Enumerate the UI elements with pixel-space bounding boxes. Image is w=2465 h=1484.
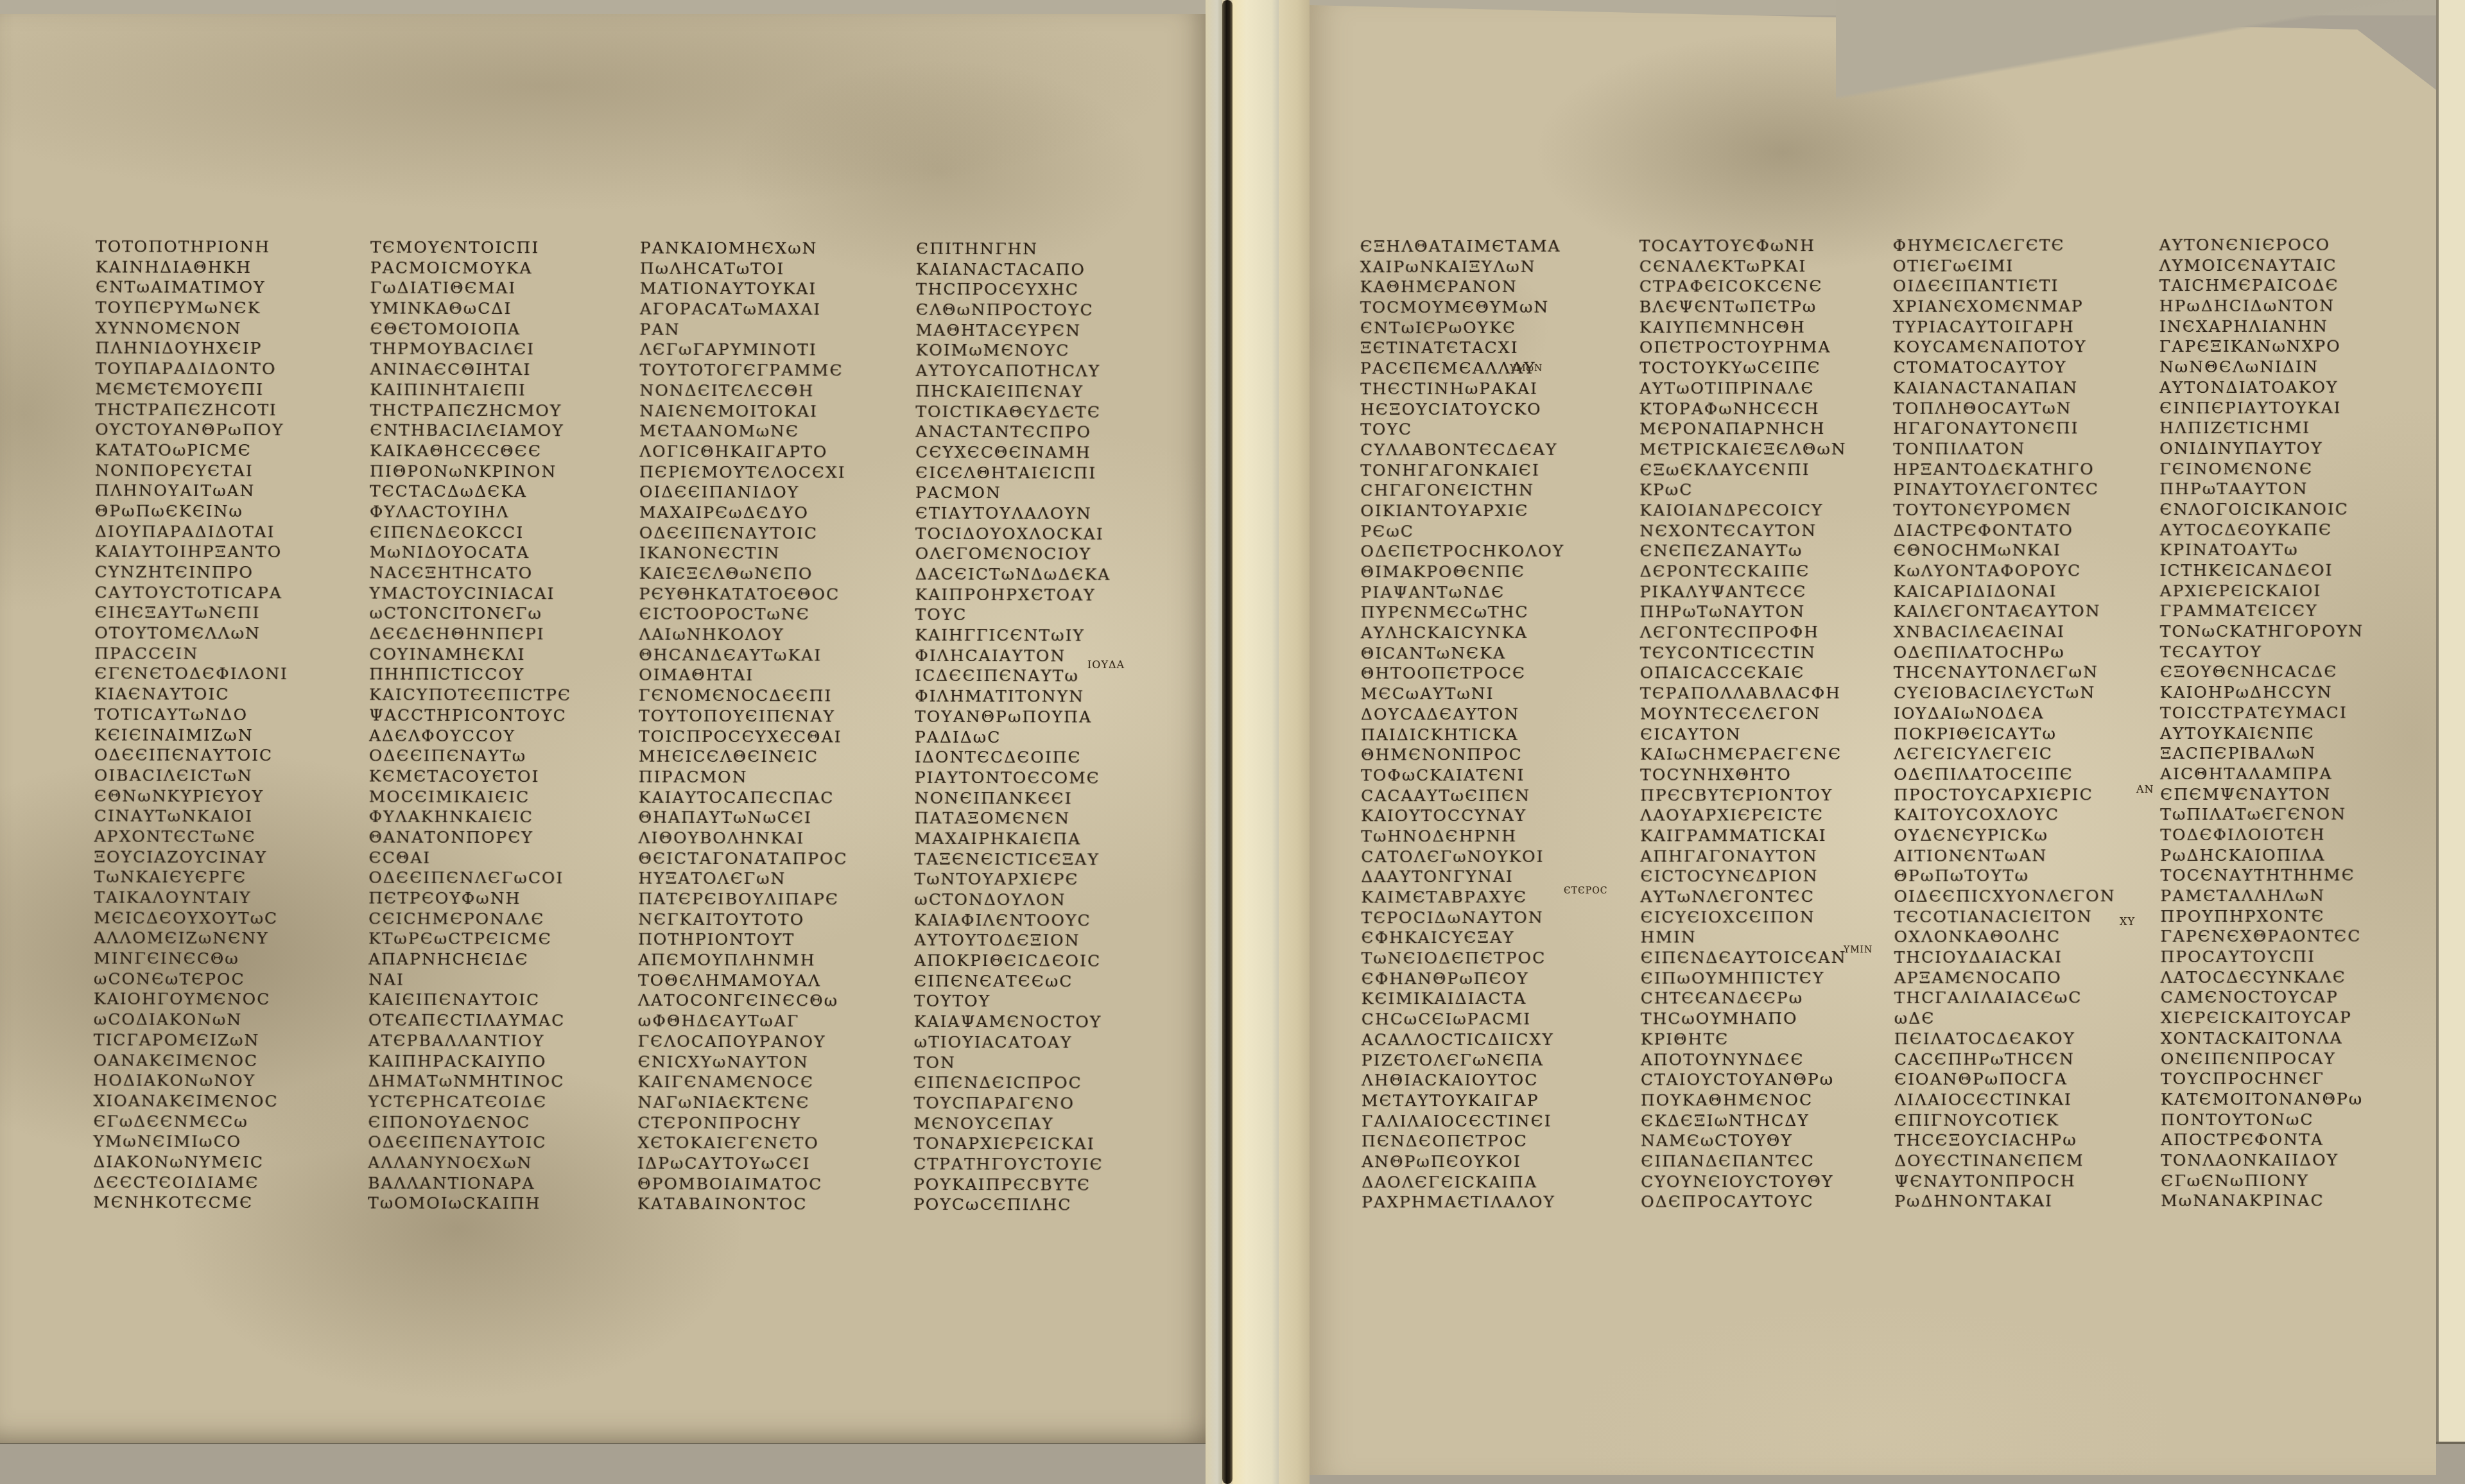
manuscript-line: ϹΑΤΟΛЄΓωΝΟΥΚΟΙ <box>1361 846 1582 867</box>
manuscript-line: ΠЄΤΡЄΟΥΦωΝΗ <box>368 888 590 910</box>
manuscript-line: ΟΔЄЄΙΠЄΝΑΥΤΟΙϹ <box>639 522 861 544</box>
manuscript-line: ΧΙЄΡЄΙϹΚΑΙΤΟΥϹΑΡ <box>2161 1008 2382 1028</box>
manuscript-line: ЄΓЄΝЄΤΟΔЄΦΙΛΟΝΙ <box>94 664 316 685</box>
manuscript-line: ЄΙΠЄΝЄΑΤЄЄωϹ <box>914 971 1136 992</box>
manuscript-line: ΜΙΝΓЄΙΝЄϹΘω <box>94 948 315 969</box>
manuscript-line: ΚΡΙΘΗΤЄ <box>1641 1029 1862 1049</box>
manuscript-line: ΓЄΝΟΜЄΝΟϹΔЄЄΠΙ <box>639 686 860 707</box>
manuscript-line: ΠΡΟϹΑΥΤΟΥϹΠΙ <box>2161 947 2382 967</box>
manuscript-line: ЄΘΝωΝΚΥΡΙЄΥΟΥ <box>94 786 316 807</box>
manuscript-line: ΡΙΑΥΤΟΝΤΟЄϹΟΜЄ <box>915 768 1136 789</box>
manuscript-line: ΚΑΙΛЄΓΟΝΤΑЄΑΥΤΟΝ <box>1894 601 2115 622</box>
manuscript-line: ΤΟΝωϹΚΑΤΗΓΟΡΟΥΝ <box>2160 621 2382 642</box>
text-column-left-3: ΡΑΝΚΑΙΟΜΗЄΧωΝΠωΛΗϹΑΤωΤΟΙΜΑΤΙΟΝΑΥΤΟΥΚΑΙΑΓ… <box>637 238 861 1215</box>
manuscript-line: ΜΑΤΙΟΝΑΥΤΟΥΚΑΙ <box>640 279 861 300</box>
manuscript-line: ΚΟΙΜωΜЄΝΟΥϹ <box>916 340 1137 361</box>
manuscript-line: ϹΑϹΑΑΥΤωЄΙΠЄΝ <box>1361 785 1582 806</box>
manuscript-line: ΚΑΙΑΝΑϹΤΑΝΑΠΑΝ <box>1893 377 2115 398</box>
manuscript-line: ΜЄΤΡΙϹΚΑΙЄΞЄΛΘωΝ <box>1639 439 1861 460</box>
manuscript-line: ΙΚΑΝΟΝЄϹΤΙΝ <box>639 543 861 564</box>
manuscript-line: ΤΗϹΤΡΑΠЄΖΗϹΜΟΥ <box>370 400 591 421</box>
manuscript-line: ΤΟΤΙϹΑΥΤωΝΔΟ <box>94 704 316 725</box>
manuscript-line: ΗΜΙΝ <box>1641 927 1862 947</box>
manuscript-line: ΑΥΤΟΥΤΟΔЄΞΙΟΝ <box>914 930 1136 951</box>
manuscript-line: ЄΝΤωΙЄΡωΟΥΚЄ <box>1360 317 1582 338</box>
manuscript-line: ΛΑΙωΝΗΚΟΛΟΥ <box>639 625 860 646</box>
manuscript-line: ΚΑΤΑΒΑΙΝΟΝΤΟϹ <box>637 1194 859 1215</box>
manuscript-line: ΜЄϹωΑΥΤωΝΙ <box>1361 684 1582 704</box>
manuscript-line: ΤΑΙϹΗΜЄΡΑΙϹΟΔЄ <box>2159 275 2381 296</box>
manuscript-line: ΡΑΧΡΗΜΑЄΤΙΛΑΛΟΥ <box>1362 1192 1583 1212</box>
manuscript-line: ΤΟΤΟΠΟΤΗΡΙΟΝΗ <box>96 236 317 257</box>
manuscript-line: ωΤΙΟΥΙΑϹΑΤΟΑΥ <box>914 1032 1136 1053</box>
manuscript-line: ΠΟΥΚΑΘΗΜЄΝΟϹ <box>1641 1090 1862 1110</box>
left-page-fore-edge <box>1206 0 1222 1484</box>
manuscript-line: ΘΙϹΑΝΤωΝЄΚΑ <box>1361 643 1582 663</box>
manuscript-line: ΑΥΤωΟΤΙΠΡΙΝΑΛЄ <box>1639 378 1861 399</box>
manuscript-line: ϹЄΝΑΛЄΚΤωΡΚΑΙ <box>1639 256 1861 277</box>
manuscript-line: ΛЄΓЄΙϹΥΛЄΓЄΙϹ <box>1894 743 2115 764</box>
manuscript-line: ΤωΝΚΑΙЄΥЄΡΓЄ <box>94 867 315 888</box>
manuscript-line: ΡЄωϹ <box>1360 521 1582 541</box>
manuscript-line: ЄΠЄΜΨЄΝΑΥΤΟΝ <box>2160 784 2382 804</box>
manuscript-line: ΛΥΜΟΙϹЄΝΑΥΤΑΙϹ <box>2159 255 2381 275</box>
right-page-fore-edge <box>1279 0 1310 1484</box>
manuscript-line: ΔЄЄΔЄΗΘΗΝΠЄΡΙ <box>369 624 591 645</box>
manuscript-line: ЄΞΗΛΘΑΤΑΙΜЄΤΑΜΑ <box>1360 236 1582 257</box>
manuscript-line: ΧΡΙΑΝЄΧΟΜЄΝΜΑΡ <box>1893 296 2115 316</box>
manuscript-line: ϹΥΟΥΝЄΙΟΥϹΤΟΥΘΥ <box>1641 1171 1862 1192</box>
manuscript-line: ΛΟΓΙϹΘΗΚΑΙΓΑΡΤΟ <box>639 441 861 462</box>
manuscript-line: ЄΙϹΤΟΟΡΟϹΤωΝЄ <box>639 604 860 625</box>
manuscript-line: ΑΝΘΡωΠЄΟΥΚΟΙ <box>1362 1152 1583 1172</box>
manuscript-line: ΤΟΥΤΟΠΟΥЄΙΠЄΝΑΥ <box>639 705 860 727</box>
marginal-gloss: ΙΟΥΔΑ <box>1087 659 1125 671</box>
manuscript-line: ΟΤΟΥΤΟΜЄΛΛωΝ <box>94 623 316 644</box>
manuscript-line: ΛЄΓωΓΑΡΥΜΙΝΟΤΙ <box>640 340 861 361</box>
manuscript-line: ΚΑΙΤΟΥϹΟΧΛΟΥϹ <box>1894 805 2115 825</box>
manuscript-line: ϹΗΓΑΓΟΝЄΙϹΤΗΝ <box>1360 480 1582 501</box>
manuscript-line: ΟΔЄЄΙΠЄΝΑΥΤΟΙϹ <box>94 745 316 766</box>
manuscript-line: ΤΟΥϹ <box>1360 419 1582 440</box>
manuscript-line: ΚΑΤЄΜΟΙΤΟΝΑΝΘΡω <box>2161 1089 2382 1109</box>
manuscript-line: ϹΤΡΑΤΗΓΟΥϹΤΟΥΙЄ <box>913 1154 1135 1175</box>
manuscript-line: ΤΟΔЄΦΙΛΟΙΟΤЄΗ <box>2160 824 2382 845</box>
manuscript-line: ΓЄΛΟϹΑΠΟΥΡΑΝΟΥ <box>638 1031 860 1052</box>
manuscript-line: ΚЄΙΜΙΚΑΙΔΙΑϹΤΑ <box>1362 988 1583 1009</box>
manuscript-line: ΔΙΑΚΟΝωΝΥΜЄΙϹ <box>93 1152 315 1173</box>
manuscript-line: ΟΝЄΙΠЄΝΠΡΟϹΑΥ <box>2161 1048 2382 1069</box>
manuscript-line: ΑΡΧΟΝΤЄϹΤωΝЄ <box>94 826 316 847</box>
manuscript-line: ΤωΠΙΛΑΤωЄΓЄΝΟΝ <box>2160 804 2382 825</box>
manuscript-line: ΟΑΝΑΚЄΙΜЄΝΟϹ <box>94 1050 315 1071</box>
manuscript-line: ΠΟΤΗΡΙΟΝΤΟΥΤ <box>638 929 860 951</box>
manuscript-line: ΚЄΜЄΤΑϹΟΥЄΤΟΙ <box>369 766 591 787</box>
manuscript-line: ΤΗϹωΟΥΜΗΑΠΟ <box>1641 1008 1862 1029</box>
manuscript-line: ЄΚΔЄΞΙωΝΤΗϹΔΥ <box>1641 1110 1862 1131</box>
manuscript-line: ΚΑΙΠΡΟΗΡΧЄΤΟΑΥ <box>915 584 1137 605</box>
manuscript-line: ΟΤΙЄΓωЄΙΜΙ <box>1893 255 2115 276</box>
manuscript-line: ΓЄΙΝΟΜЄΝΟΝЄ <box>2159 458 2381 479</box>
manuscript-line: ωΦΘΗΔЄΑΥΤωΑΓ <box>638 1011 860 1032</box>
marginal-gloss: ЄΤЄΡΟϹ <box>1564 886 1607 896</box>
manuscript-line: ΓωΔΙΑΤΙΘЄΜΑΙ <box>370 278 592 299</box>
manuscript-line: ЄΓωΔЄЄΝΜЄϹω <box>93 1111 315 1132</box>
backdrop-top-wedge <box>1836 0 2465 109</box>
manuscript-line: ΟΔЄЄΙΠЄΝΑΥΤΟΙϹ <box>368 1132 589 1153</box>
manuscript-line: ΚΑΙЄΙΠЄΝΑΥΤΟΙϹ <box>368 990 590 1011</box>
manuscript-line: ΤЄϹΤΑϹΔωΔЄΚΑ <box>370 481 591 503</box>
manuscript-line: ΜΗЄΙϹЄΛΘЄΙΝЄΙϹ <box>639 746 860 768</box>
manuscript-line: ΚΑΙΗΓΓΙϹЄΝΤωΙΥ <box>915 625 1136 646</box>
marginal-gloss: ΧΥ <box>2120 915 2135 927</box>
manuscript-line: ΡΑΜЄΤΑΛΛΗΛωΝ <box>2160 886 2382 906</box>
manuscript-line: ΒΑΛΛΑΝΤΙΟΝΑΡΑ <box>368 1173 589 1194</box>
manuscript-line: ΑΙΤΙΟΝЄΝΤωΑΝ <box>1894 845 2115 866</box>
manuscript-line: ЄΙΠЄΝΔЄΙϹΠΡΟϹ <box>914 1073 1136 1094</box>
manuscript-line: ΡΑϹЄΠЄΜЄΑΛΛΑΥ <box>1360 358 1582 379</box>
manuscript-line: ΟΧΛΟΝΚΑΘΟΛΗϹ <box>1894 927 2116 947</box>
manuscript-line: ΝΑΜЄωϹΤΟΥΘΥ <box>1641 1130 1862 1151</box>
manuscript-line: ΙΟΥΔΑΙωΝΟΔЄΑ <box>1894 703 2115 723</box>
manuscript-line: ΤωΗΝΟΔЄΗΡΝΗ <box>1361 826 1582 847</box>
manuscript-line: ΜЄΡΟΝΑΠΑΡΝΗϹΗ <box>1639 418 1861 439</box>
manuscript-line: ΞΟΥϹΙΑΖΟΥϹΙΝΑΥ <box>94 847 315 868</box>
manuscript-line: ΠΙΡΑϹΜΟΝ <box>639 766 860 788</box>
manuscript-line: ΛΑΟΥΑΡΧΙЄΡЄΙϹΤЄ <box>1640 805 1862 825</box>
manuscript-line: ΤΥΡΙΑϹΑΥΤΟΙΓΑΡΗ <box>1893 316 2115 337</box>
manuscript-line: ЄΙΠωΟΥΜΗΠΙϹΤЄΥ <box>1641 968 1862 988</box>
manuscript-line: ЄΙΝΠЄΡΙΑΥΤΟΥΚΑΙ <box>2159 397 2381 418</box>
manuscript-line: ΤΗϹΠΡΟϹЄΥΧΗϹ <box>916 279 1137 300</box>
manuscript-line: ϹΥЄΙΟΒΑϹΙΛЄΥϹΤωΝ <box>1894 682 2115 703</box>
manuscript-line: ϹΤЄΡΟΝΠΡΟϹΗΥ <box>637 1112 859 1134</box>
manuscript-line: ΚΑΙΜЄΤΑΒΡΑΧΥЄ <box>1361 887 1582 908</box>
manuscript-line: ЄΙΠЄΝΔЄΟΚϹϹΙ <box>370 522 591 543</box>
manuscript-line: ΚΑΤΑΤΟωΡΙϹΜЄ <box>95 440 316 461</box>
manuscript-line: ΡΟΥΚΑΙΠΡЄϹΒΥΤЄ <box>913 1174 1135 1195</box>
manuscript-line: ΔΙΑϹΤΡЄΦΟΝΤΑΤΟ <box>1893 520 2115 540</box>
manuscript-line: ΑΔЄΛΦΟΥϹϹΟΥ <box>369 725 591 746</box>
manuscript-line: ΤΟΘЄΛΗΜΑΜΟΥΑΛ <box>638 970 860 991</box>
manuscript-line: ΡΙΚΑΛΥΨΑΝΤЄϹЄ <box>1640 582 1862 602</box>
manuscript-line: ΘΡωΠωЄΚЄΙΝω <box>95 501 316 522</box>
manuscript-line: ΠЄΡΙЄΜΟΥΤЄΛΟϹЄΧΙ <box>639 462 861 483</box>
manuscript-line: ωϹΟΔΙΑΚΟΝωΝ <box>94 1010 315 1031</box>
manuscript-line: ΤΑΞЄΝЄΙϹΤΙϹЄΞΑΥ <box>914 849 1136 870</box>
manuscript-line: ΗΟΔΙΑΚΟΝωΝΟΥ <box>94 1071 315 1092</box>
manuscript-line: ΟΙΔЄЄΠΙϹΧΥΟΝΛЄΓΟΝ <box>1894 886 2115 906</box>
manuscript-line: ЄΛΘωΝΠΡΟϹΤΟΥϹ <box>916 300 1137 321</box>
manuscript-line: ΑΠЄΜΟΥΠΛΗΝΜΗ <box>638 950 860 971</box>
manuscript-line: ΤΟΝΗΓΑΓΟΝΚΑΙЄΙ <box>1360 460 1582 480</box>
manuscript-line: ΡΑϹΜΟΝ <box>915 483 1137 504</box>
book-gutter <box>1206 0 1310 1484</box>
text-column-right-3: ΦΗΥΜЄΙϹΛЄΓЄΤЄΟΤΙЄΓωЄΙΜΙΟΙΔЄЄΙΠΑΝΤΙЄΤΙΧΡΙ… <box>1893 235 2116 1212</box>
manuscript-line: ΚΑΙΓЄΝΑΜЄΝΟϹЄ <box>638 1072 860 1093</box>
manuscript-line: ΟΔЄΠΙΛΑΤΟϹЄΙΠЄ <box>1894 764 2115 784</box>
manuscript-line: ΛΙΛΑΙΟϹЄϹΤΙΝΚΑΙ <box>1894 1089 2116 1110</box>
marginal-gloss: ΥΜΙΝ <box>1844 945 1873 955</box>
manuscript-line: ΜЄΝΟΥϹЄΠΑΥ <box>913 1113 1135 1134</box>
manuscript-line: ϹΙΝΑΥΤωΝΚΑΙΟΙ <box>94 806 316 827</box>
manuscript-line: ΠΟΝΤΟΥΤΟΝωϹ <box>2161 1109 2382 1130</box>
manuscript-line: ΤΟΝ <box>914 1052 1136 1073</box>
manuscript-line: ΤЄΡΟϹΙΔωΝΑΥΤΟΝ <box>1361 907 1582 927</box>
manuscript-line: ΚΑΙΑΦΙΛЄΝΤΟΟΥϹ <box>914 910 1136 931</box>
manuscript-line: ΥΜΙΝΚΑΘωϹΔΙ <box>370 298 592 320</box>
manuscript-line: ΓΡΑΜΜΑΤЄΙϹЄΥ <box>2160 601 2382 621</box>
manuscript-line: ΤΟϹΑΥΤΟΥЄΦωΝΗ <box>1639 236 1861 256</box>
manuscript-line: ωΔЄ <box>1894 1008 2116 1028</box>
manuscript-line: ΤΟΝΛΑΟΝΚΑΙΙΔΟΥ <box>2161 1150 2382 1170</box>
manuscript-line: ЄΙΠЄΝΔЄΑΥΤΟΙϹЄΑΝ <box>1641 947 1862 968</box>
manuscript-line: ΡΑΝΚΑΙΟΜΗЄΧωΝ <box>640 238 861 259</box>
manuscript-line: ΜЄΝΗΚΟΤЄϹΜЄ <box>93 1193 315 1214</box>
manuscript-line: ЄΙΠΟΝΟΥΔЄΝΟϹ <box>368 1112 589 1133</box>
manuscript-line: ΧЄΤΟΚΑΙЄΓЄΝЄΤΟ <box>637 1133 859 1154</box>
manuscript-line: ΟΝΙΔΙΝΥΠΑΥΤΟΥ <box>2159 438 2381 458</box>
manuscript-line: ΠΡΑϹϹЄΙΝ <box>94 643 316 664</box>
manuscript-line: ϹΗΤЄЄΑΝΔЄЄΡω <box>1641 988 1862 1008</box>
manuscript-line: ΜωΝΙΔΟΥΟϹΑΤΑ <box>370 542 591 564</box>
manuscript-line: ΑΙϹΘΗΤΑΛΑΜΠΡΑ <box>2160 763 2382 784</box>
manuscript-line: ΜωΝΑΝΑΚΡΙΝΑϹ <box>2161 1191 2382 1211</box>
manuscript-line: ΡΙΑΨΑΝΤωΝΔЄ <box>1361 582 1582 602</box>
manuscript-line: ΑΥΛΗϹΚΑΙϹΥΝΚΑ <box>1361 623 1582 643</box>
manuscript-line: ΚΑΙΟΗΡωΔΗϹϹΥΝ <box>2160 682 2382 703</box>
manuscript-line: ΦΥΛΑϹΤΟΥΙΗΛ <box>370 501 591 522</box>
manuscript-line: ΠΛΗΝΙΔΟΥΗΧЄΙΡ <box>96 338 317 359</box>
manuscript-line: ΤωΟΜΟΙωϹΚΑΙΠΗ <box>368 1193 589 1214</box>
manuscript-line: ΦΙΛΗΜΑΤΙΤΟΝΥΝ <box>915 686 1136 707</box>
manuscript-line: ΚΤΟΡΑΦωΝΗϹЄϹΗ <box>1639 398 1861 418</box>
manuscript-line: ЄΝΤΗΒΑϹΙΛЄΙΑΜΟΥ <box>370 420 591 442</box>
manuscript-line: ϹЄΥΧЄϹΘЄΙΝΑΜΗ <box>915 442 1137 463</box>
manuscript-line: ΗΛΠΙΖЄΤΙϹΗΜΙ <box>2159 418 2381 438</box>
manuscript-line: ϹЄΙϹΗΜЄΡΟΝΑΛЄ <box>368 908 590 929</box>
manuscript-line: ΚΟΥϹΑΜЄΝΑΠΟΤΟΥ <box>1893 337 2115 358</box>
manuscript-line: ΘЄΙϹΤΑΓΟΝΑΤΑΠΡΟϹ <box>638 848 860 869</box>
manuscript-line: ΚΑΙΑΨΑΜЄΝΟϹΤΟΥ <box>914 1012 1136 1033</box>
manuscript-line: ЄΙϹΥЄΙΟΧϹЄΙΠΟΝ <box>1640 907 1862 927</box>
manuscript-line: ΛΗΘΙΑϹΚΑΙΟΥΤΟϹ <box>1362 1070 1583 1091</box>
manuscript-line: ΟΠЄΤΡΟϹΤΟΥΡΗΜΑ <box>1639 337 1861 358</box>
manuscript-line: ΟΙΔЄЄΙΠΑΝΤΙЄΤΙ <box>1893 276 2115 297</box>
gutter-shadow <box>1222 0 1232 1484</box>
manuscript-line: ϹΥΛΛΑΒΟΝΤЄϹΔЄΑΥ <box>1360 440 1582 460</box>
manuscript-line: ΤωΝΤΟΥΑΡΧΙЄΡЄ <box>914 869 1136 890</box>
gutter-highlight <box>1232 0 1279 1484</box>
manuscript-line: ΗΡωΔΗϹΙΔωΝΤΟΝ <box>2159 296 2381 316</box>
manuscript-line: ΧΙΟΑΝΑΚЄΙΜЄΝΟϹ <box>93 1091 315 1112</box>
manuscript-line: ΜЄΤΑΥΤΟΥΚΑΙΓΑΡ <box>1362 1091 1583 1111</box>
manuscript-line: ΔЄΡΟΝΤЄϹΚΑΙΠЄ <box>1640 561 1862 582</box>
manuscript-line: ΝЄΧΟΝΤЄϹΑΥΤΟΝ <box>1639 521 1861 541</box>
manuscript-line: ΛΑΤΟϹΔЄϹΥΝΚΑΛЄ <box>2161 967 2382 987</box>
manuscript-line: ΝΑΙ <box>368 969 590 990</box>
manuscript-line: ΑΥΤΟΥϹΑΠΟΤΗϹΛΥ <box>915 361 1137 382</box>
manuscript-line: ΟΥϹΤΟΥΑΝΘΡωΠΟΥ <box>95 420 316 441</box>
manuscript-line: ΔΙΟΥΠΑΡΑΔΙΔΟΤΑΙ <box>95 521 316 542</box>
manuscript-line: ΘΗϹΑΝΔЄΑΥΤωΚΑΙ <box>639 644 860 666</box>
manuscript-line: ϹΟΥΙΝΑΜΗЄΚΛΙ <box>369 644 591 665</box>
manuscript-line: ΗΡΞΑΝΤΟΔЄΚΑΤΗΓΟ <box>1893 459 2115 479</box>
text-column-left-1: ΤΟΤΟΠΟΤΗΡΙΟΝΗΚΑΙΝΗΔΙΑΘΗΚΗЄΝΤωΑΙΜΑΤΙΜΟΥΤΟ… <box>93 236 317 1213</box>
manuscript-line: ϹΑϹЄΠΗΡωΤΗϹЄΝ <box>1894 1049 2116 1069</box>
text-column-right-2: ΤΟϹΑΥΤΟΥЄΦωΝΗϹЄΝΑΛЄΚΤωΡΚΑΙϹΤΡΑΦЄΙϹΟΚϹЄΝЄ… <box>1639 236 1863 1212</box>
manuscript-line: ΤΗϹЄΝΑΥΤΟΝΛЄΓωΝ <box>1894 662 2115 683</box>
manuscript-line: ΜΟϹЄΙΜΙΚΑΙЄΙϹ <box>369 786 591 807</box>
manuscript-line: ΑΤЄΡΒΑΛΛΑΝΤΙΟΥ <box>368 1030 590 1051</box>
manuscript-line: ΠΑΙΔΙϹΚΗΤΙϹΚΑ <box>1361 724 1582 745</box>
manuscript-line: ΤΗϹΓΑΛΙΛΑΙΑϹЄωϹ <box>1894 988 2116 1008</box>
manuscript-line: ΚΑΘΗΜЄΡΑΝΟΝ <box>1360 277 1582 297</box>
manuscript-line: ЄΙΗЄΞΑΥΤωΝЄΠΙ <box>94 603 316 624</box>
manuscript-line: ΑΛΛΑΝΥΝΟЄΧωΝ <box>368 1152 589 1173</box>
manuscript-line: ΟΛЄΓΟΜЄΝΟϹΙΟΥ <box>915 544 1137 565</box>
manuscript-line: ΤΟΙϹϹΤΡΑΤЄΥΜΑϹΙ <box>2160 702 2382 723</box>
manuscript-line: ΚΑΙΟΗΓΟΥΜЄΝΟϹ <box>94 989 315 1010</box>
manuscript-line: ΤΟΥϹΠΡΟϹΗΝЄΓ <box>2161 1069 2382 1089</box>
text-column-right-1: ЄΞΗΛΘΑΤΑΙΜЄΤΑΜΑΧΑΙΡωΝΚΑΙΞΥΛωΝΚΑΘΗΜЄΡΑΝΟΝ… <box>1360 236 1584 1213</box>
manuscript-line: ΛЄΓΟΝΤЄϹΠΡΟΦΗ <box>1640 622 1862 643</box>
manuscript-line: ΛΑΤΟϹΟΝΓЄΙΝЄϹΘω <box>638 990 860 1012</box>
manuscript-line: ΠΗΡωΤΑΑΥΤΟΝ <box>2159 479 2381 499</box>
manuscript-line: ЄΙϹΑΥΤΟΝ <box>1640 723 1862 744</box>
manuscript-line: ΝΑΓωΝΙΑЄΚΤЄΝЄ <box>637 1092 859 1113</box>
manuscript-line: ΨΑϹϹΤΗΡΙϹΟΝΤΟΥϹ <box>369 705 591 726</box>
manuscript-line: ΠΥΡЄΝΜЄϹωΤΗϹ <box>1361 602 1582 623</box>
manuscript-line: ЄΝЄΠЄΖΑΝΑΥΤω <box>1639 540 1861 561</box>
manuscript-line: ΑΝΙΝΑЄϹΘΙΗΤΑΙ <box>370 359 591 381</box>
manuscript-line: ΑΡΧΙЄΡЄΙϹΚΑΙΟΙ <box>2160 580 2382 601</box>
manuscript-line: ΑΥΤωΝΛЄΓΟΝΤЄϹ <box>1640 886 1862 907</box>
manuscript-line: ΠΟΚΡΙΘЄΙϹΑΥΤω <box>1894 723 2115 744</box>
manuscript-line: ΑΠΟΤΟΥΝΥΝΔЄЄ <box>1641 1049 1862 1069</box>
text-column-left-4: ЄΠΙΤΗΝΓΗΝΚΑΙΑΝΑϹΤΑϹΑΠΟΤΗϹΠΡΟϹЄΥΧΗϹЄΛΘωΝΠ… <box>913 239 1137 1216</box>
manuscript-line: ΑΠΟΚΡΙΘЄΙϹΔЄΟΙϹ <box>914 951 1136 972</box>
manuscript-line: ΑΛΛΟΜЄΙΖωΝЄΝΥ <box>94 928 315 949</box>
manuscript-line: ΡΑϹΜΟΙϹΜΟΥΚΑ <box>370 257 592 279</box>
manuscript-line: ЄΘЄΤΟΜΟΙΟΠΑ <box>370 318 592 340</box>
marginal-gloss: ΑΝ <box>2136 783 2154 795</box>
manuscript-line: ΚΑΙΥΠЄΜΝΗϹΘΗ <box>1639 317 1861 338</box>
manuscript-line: ΟΥΔЄΝЄΥΡΙϹΚω <box>1894 825 2115 845</box>
text-column-left-2: ΤЄΜΟΥЄΝΤΟΙϹΠΙΡΑϹΜΟΙϹΜΟΥΚΑΓωΔΙΑΤΙΘЄΜΑΙΥΜΙ… <box>368 237 592 1214</box>
manuscript-line: ΚΑΙϹΥΠΟΤЄЄΠΙϹΤΡЄ <box>369 685 591 706</box>
manuscript-line: ΚΑΙΚΑΘΗϹЄϹΘЄЄ <box>370 440 591 462</box>
manuscript-line: ΑΝΑϹΤΑΝΤЄϹΠΡΟ <box>915 422 1137 443</box>
manuscript-line: ΗΥΞΑΤΟΛЄΓωΝ <box>638 868 860 890</box>
manuscript-line: ΤΟΝΠΙΛΑΤΟΝ <box>1893 438 2115 459</box>
manuscript-line: ЄΠΙΓΝΟΥϹΟΤΙЄΚ <box>1894 1110 2116 1130</box>
manuscript-line: ΚΤωΡЄωϹΤΡЄΙϹΜЄ <box>368 929 590 950</box>
manuscript-line: ΚΑΙωϹΗΜЄΡΑЄΓЄΝЄ <box>1640 744 1862 764</box>
manuscript-line: ΑΥΤΟΝΔΙΑΤΟΑΚΟΥ <box>2159 377 2381 397</box>
manuscript-line: ΙΝЄΧΑΡΗΛΙΑΝΗΝ <box>2159 316 2381 336</box>
manuscript-line: ΝΟΝЄΙΠΑΝΚЄЄΙ <box>915 788 1136 809</box>
manuscript-line: ΥΜωΝЄΙΜΙωϹΟ <box>93 1132 315 1153</box>
manuscript-line: ΝЄΓΚΑΙΤΟΥΤΟΤΟ <box>638 909 860 930</box>
manuscript-line: ΤΟϹЄΝΑΥΤΗΤΗΗΜЄ <box>2160 865 2382 886</box>
manuscript-line: ΟΔЄΠΡΟϹΑΥΤΟΥϹ <box>1641 1191 1862 1212</box>
manuscript-line: ΚΑΙΟΙΑΝΔΡЄϹΟΙϹΥ <box>1639 500 1861 521</box>
manuscript-line: ΥϹΤЄΡΗϹΑΤЄΟΙΔЄ <box>368 1091 589 1112</box>
manuscript-line: ΘΗΑΠΑΥΤωΝωϹЄΙ <box>639 807 860 829</box>
manuscript-line: ΘΗΤΟΟΠЄΤΡΟϹЄ <box>1361 663 1582 684</box>
manuscript-line: ΠΡΟϹΤΟΥϹΑΡΧΙЄΡΙϹ <box>1894 784 2115 805</box>
manuscript-line: ΜΑΧΑΙΡΗΚΑΙЄΠΑ <box>915 829 1136 850</box>
manuscript-line: ΥΜΑϹΤΟΥϹΙΝΙΑϹΑΙ <box>370 583 591 604</box>
manuscript-line: ΜЄΙϹΔЄΟΥΧΟΥΤωϹ <box>94 908 315 929</box>
manuscript-line: ΙΔΟΝΤЄϹΔЄΟΙΠЄ <box>915 747 1136 768</box>
manuscript-line: ΝωΝΘЄΛωΝΙΔΙΝ <box>2159 357 2381 377</box>
manuscript-line: ΠΗΗΠΙϹΤΙϹϹΟΥ <box>369 664 591 686</box>
manuscript-line: ϹΥΝΖΗΤЄΙΝΠΡΟ <box>95 562 316 583</box>
manuscript-line: ΘΡΟΜΒΟΙΑΙΜΑΤΟϹ <box>637 1173 859 1195</box>
manuscript-line: ΤΟΥΤΟΥ <box>914 991 1136 1012</box>
manuscript-line: ΧΥΝΝΟΜЄΝΟΝ <box>96 318 317 339</box>
manuscript-line: ωϹΤΟΝΔΟΥΛΟΝ <box>914 890 1136 911</box>
manuscript-line: ϹΤΟΜΑΤΟϹΑΥΤΟΥ <box>1893 357 2115 377</box>
manuscript-line: ΔΑϹЄΙϹΤωΝΔωΔЄΚΑ <box>915 564 1137 585</box>
manuscript-line: ΚЄΙЄΙΝΑΙΜΙΖωΝ <box>94 725 316 746</box>
manuscript-line: ϹΑΜЄΝΟϹΤΟΥϹΑΡ <box>2161 987 2382 1008</box>
manuscript-line: ΤΟΥΑΝΘΡωΠΟΥΠΑ <box>915 707 1136 728</box>
manuscript-line: ϹΤΡΑΦЄΙϹΟΚϹЄΝЄ <box>1639 276 1861 297</box>
manuscript-line: ωϹΤΟΝϹΙΤΟΝЄΓω <box>369 603 591 625</box>
manuscript-line: ΠЄΝΔЄΟΠЄΤΡΟϹ <box>1362 1131 1583 1152</box>
manuscript-line: ΡЄΥΘΗΚΑΤΑΤΟЄΘΟϹ <box>639 583 861 605</box>
manuscript-line: ΠΗϹΚΑΙЄΙΠЄΝΑΥ <box>915 381 1137 402</box>
manuscript-line: ΓΑΛΙΛΑΙΟϹЄϹΤΙΝЄΙ <box>1362 1110 1583 1131</box>
manuscript-line: ΚΑΙΑΥΤΟΙΗΡΞΑΝΤΟ <box>95 542 316 563</box>
manuscript-line: ΠωΛΗϹΑΤωΤΟΙ <box>640 258 861 279</box>
manuscript-line: ΘΙΜΑΚΡΟΘЄΝΠЄ <box>1361 562 1582 582</box>
manuscript-line: ΠΛΗΝΟΥΑΙΤωΑΝ <box>95 481 316 502</box>
manuscript-line: ΧΟΝΤΑϹΚΑΙΤΟΝΛΑ <box>2161 1028 2382 1048</box>
manuscript-line: ΚΑΙΓΡΑΜΜΑΤΙϹΚΑΙ <box>1640 825 1862 846</box>
manuscript-line: ΑΥΤΟϹΔЄΟΥΚΑΠЄ <box>2159 519 2381 540</box>
manuscript-line: ΜЄΤΑΑΝΟΜωΝЄ <box>639 421 861 442</box>
manuscript-line: ΦΗΥΜЄΙϹΛЄΓЄΤЄ <box>1893 235 2115 255</box>
manuscript-line: ΤΟϹΙΔΟΥΟΧΛΟϹΚΑΙ <box>915 523 1137 544</box>
manuscript-line: ΚΑΙЄΞЄΛΘωΝЄΠΟ <box>639 564 861 585</box>
manuscript-line: ЄΞωЄΚΛΑΥϹЄΝΠΙ <box>1639 460 1861 480</box>
manuscript-line: ЄΘΝΟϹΗΜωΝΚΑΙ <box>1893 540 2115 561</box>
manuscript-line: ΟΙΔЄЄΙΠΑΝΙΔΟΥ <box>639 482 861 503</box>
manuscript-line: ΟΔЄΠΙΛΑΤΟϹΗΡω <box>1894 642 2115 662</box>
manuscript-line: ΟΔЄЄΙΠЄΝΑΥΤω <box>369 746 591 767</box>
manuscript-line: ΑϹΑΛΛΟϹΤΙϹΔΙΙϹΧΥ <box>1362 1030 1583 1050</box>
manuscript-line: ΠΡЄϹΒΥΤЄΡΙΟΝΤΟΥ <box>1640 785 1862 806</box>
manuscript-line: ΝΟΝΔЄΙΤЄΛЄϹΘΗ <box>639 380 861 401</box>
manuscript-line: ΒΛЄΨЄΝΤωΠЄΤΡω <box>1639 297 1861 317</box>
manuscript-line: ΑΡΞΑΜЄΝΟϹΑΠΟ <box>1894 967 2116 988</box>
manuscript-line: ΗΓΑΓΟΝΑΥΤΟΝЄΠΙ <box>1893 418 2115 438</box>
manuscript-line: ЄΝΛΟΓΟΙϹΙΚΑΝΟΙϹ <box>2159 499 2381 519</box>
manuscript-line: ΤΟϹΥΝΗΧΘΗΤΟ <box>1640 764 1862 785</box>
manuscript-line: ЄΓωЄΝωΠΙΟΝΥ <box>2161 1170 2382 1191</box>
manuscript-line: ΤΟΦωϹΚΑΙΑΤЄΝΙ <box>1361 765 1582 786</box>
manuscript-line: ΠΙΘΡΟΝωΝΚΡΙΝΟΝ <box>370 461 591 482</box>
manuscript-line: ЄΠΙΤΗΝΓΗΝ <box>916 239 1137 260</box>
manuscript-line: ΤΟϹΜΟΥΜЄΘΥΜωΝ <box>1360 297 1582 318</box>
manuscript-line: ΤΙϹΓΑΡΟΜЄΙΖωΝ <box>94 1030 315 1051</box>
manuscript-line: ΤΗϹΤΡΑΠЄΖΗϹΟΤΙ <box>95 399 316 420</box>
manuscript-line: ΡΟΥϹωϹЄΠΙΛΗϹ <box>913 1195 1135 1216</box>
